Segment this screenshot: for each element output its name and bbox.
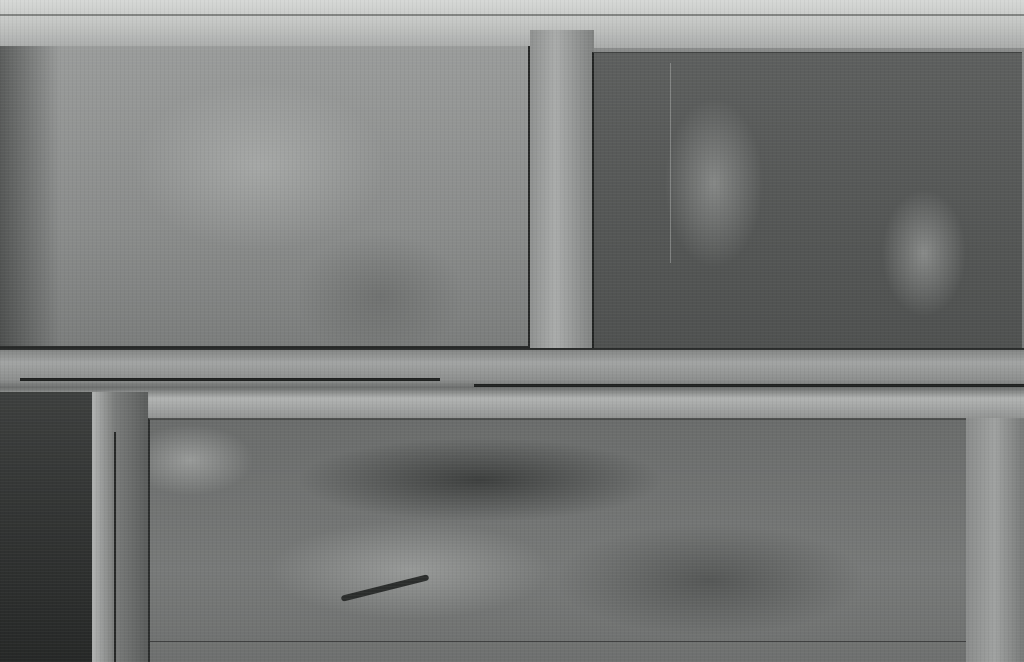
upper-left-panel — [0, 46, 530, 348]
lower-panel-inner-line — [150, 641, 968, 642]
top-plaster-band — [0, 0, 1024, 48]
cornice-band — [0, 348, 1024, 420]
brush-stroke-mark — [341, 574, 430, 602]
lower-left-dado — [0, 392, 92, 662]
cornice-top-line — [0, 348, 1024, 350]
cornice-groove-left — [20, 378, 440, 381]
lower-panel — [148, 418, 970, 662]
wall-photograph — [0, 0, 1024, 662]
right-edge-strip — [966, 418, 1024, 662]
lower-vertical-strip — [92, 392, 148, 662]
upper-right-panel — [592, 52, 1022, 353]
pilaster-strip — [530, 30, 594, 360]
cornice-groove-right — [474, 384, 1024, 387]
